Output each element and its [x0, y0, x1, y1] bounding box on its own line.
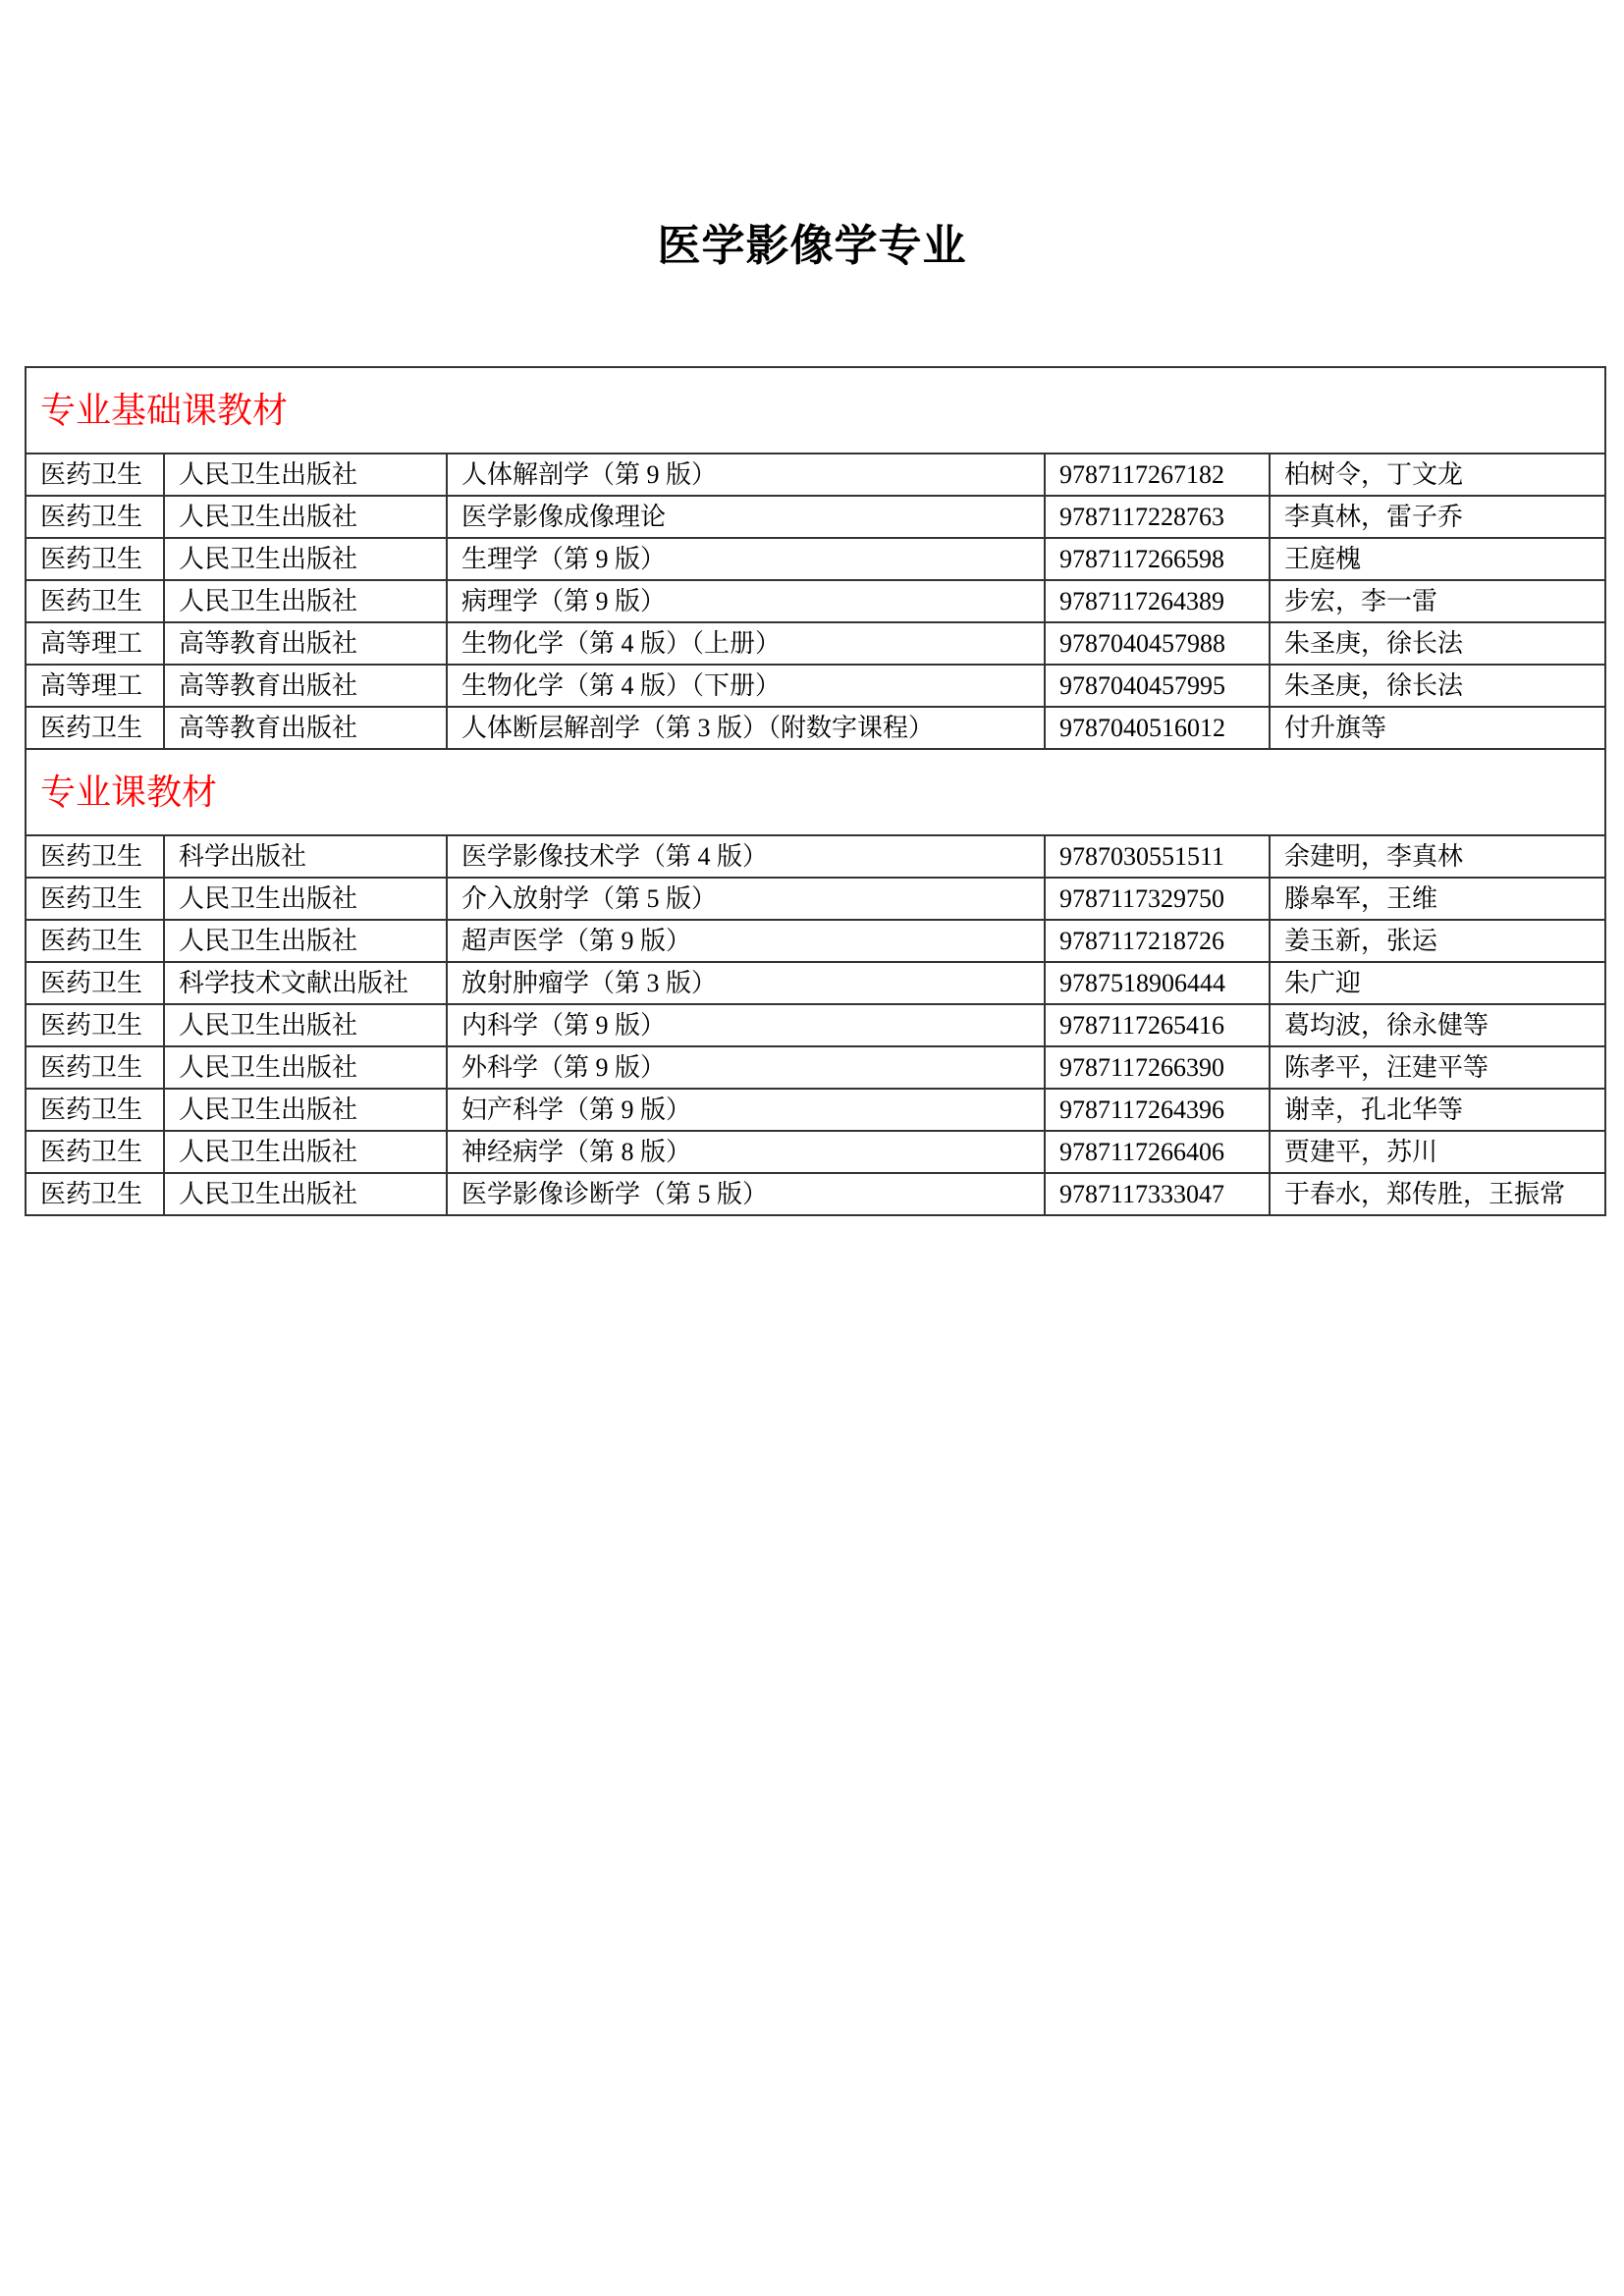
- category-cell: 医药卫生: [26, 835, 164, 878]
- book-title-cell: 放射肿瘤学（第 3 版）: [447, 962, 1045, 1004]
- category-cell: 医药卫生: [26, 1004, 164, 1046]
- book-title-cell: 介入放射学（第 5 版）: [447, 878, 1045, 920]
- publisher-cell: 高等教育出版社: [164, 665, 447, 707]
- textbook-table: 专业基础课教材医药卫生人民卫生出版社人体解剖学（第 9 版）9787117267…: [25, 366, 1606, 1216]
- publisher-cell: 人民卫生出版社: [164, 580, 447, 622]
- isbn-cell: 9787117267182: [1045, 454, 1270, 496]
- isbn-cell: 9787518906444: [1045, 962, 1270, 1004]
- isbn-cell: 9787040457988: [1045, 622, 1270, 665]
- isbn-cell: 9787117264389: [1045, 580, 1270, 622]
- publisher-cell: 人民卫生出版社: [164, 1004, 447, 1046]
- authors-cell: 陈孝平，汪建平等: [1270, 1046, 1605, 1089]
- publisher-cell: 人民卫生出版社: [164, 920, 447, 962]
- publisher-cell: 人民卫生出版社: [164, 538, 447, 580]
- category-cell: 医药卫生: [26, 580, 164, 622]
- authors-cell: 付升旗等: [1270, 707, 1605, 749]
- book-title-cell: 病理学（第 9 版）: [447, 580, 1045, 622]
- publisher-cell: 人民卫生出版社: [164, 496, 447, 538]
- category-cell: 高等理工: [26, 665, 164, 707]
- category-cell: 医药卫生: [26, 538, 164, 580]
- table-row: 医药卫生人民卫生出版社医学影像成像理论9787117228763李真林，雷子乔: [26, 496, 1605, 538]
- publisher-cell: 人民卫生出版社: [164, 1173, 447, 1215]
- isbn-cell: 9787040516012: [1045, 707, 1270, 749]
- table-row: 医药卫生人民卫生出版社妇产科学（第 9 版）9787117264396谢幸，孔北…: [26, 1089, 1605, 1131]
- authors-cell: 滕皋军，王维: [1270, 878, 1605, 920]
- publisher-cell: 人民卫生出版社: [164, 1046, 447, 1089]
- authors-cell: 谢幸，孔北华等: [1270, 1089, 1605, 1131]
- category-cell: 医药卫生: [26, 454, 164, 496]
- book-title-cell: 妇产科学（第 9 版）: [447, 1089, 1045, 1131]
- publisher-cell: 人民卫生出版社: [164, 1089, 447, 1131]
- category-cell: 医药卫生: [26, 1046, 164, 1089]
- authors-cell: 余建明，李真林: [1270, 835, 1605, 878]
- isbn-cell: 9787117266406: [1045, 1131, 1270, 1173]
- table-row: 医药卫生人民卫生出版社医学影像诊断学（第 5 版）9787117333047于春…: [26, 1173, 1605, 1215]
- table-row: 医药卫生人民卫生出版社神经病学（第 8 版）9787117266406贾建平，苏…: [26, 1131, 1605, 1173]
- publisher-cell: 科学出版社: [164, 835, 447, 878]
- category-cell: 医药卫生: [26, 1089, 164, 1131]
- book-title-cell: 生理学（第 9 版）: [447, 538, 1045, 580]
- category-cell: 医药卫生: [26, 1173, 164, 1215]
- table-row: 医药卫生人民卫生出版社生理学（第 9 版）9787117266598王庭槐: [26, 538, 1605, 580]
- authors-cell: 贾建平，苏川: [1270, 1131, 1605, 1173]
- table-row: 医药卫生科学技术文献出版社放射肿瘤学（第 3 版）9787518906444朱广…: [26, 962, 1605, 1004]
- authors-cell: 王庭槐: [1270, 538, 1605, 580]
- table-row: 医药卫生人民卫生出版社病理学（第 9 版）9787117264389步宏，李一雷: [26, 580, 1605, 622]
- table-row: 医药卫生科学出版社医学影像技术学（第 4 版）9787030551511余建明，…: [26, 835, 1605, 878]
- book-title-cell: 生物化学（第 4 版）（下册）: [447, 665, 1045, 707]
- book-title-cell: 内科学（第 9 版）: [447, 1004, 1045, 1046]
- isbn-cell: 9787040457995: [1045, 665, 1270, 707]
- table-row: 医药卫生人民卫生出版社内科学（第 9 版）9787117265416葛均波，徐永…: [26, 1004, 1605, 1046]
- publisher-cell: 人民卫生出版社: [164, 1131, 447, 1173]
- publisher-cell: 人民卫生出版社: [164, 878, 447, 920]
- table-row: 高等理工高等教育出版社生物化学（第 4 版）（上册）9787040457988朱…: [26, 622, 1605, 665]
- table-row: 医药卫生人民卫生出版社外科学（第 9 版）9787117266390陈孝平，汪建…: [26, 1046, 1605, 1089]
- table-row: 高等理工高等教育出版社生物化学（第 4 版）（下册）9787040457995朱…: [26, 665, 1605, 707]
- publisher-cell: 高等教育出版社: [164, 707, 447, 749]
- isbn-cell: 9787117228763: [1045, 496, 1270, 538]
- authors-cell: 朱圣庚，徐长法: [1270, 622, 1605, 665]
- table-row: 医药卫生人民卫生出版社人体解剖学（第 9 版）9787117267182柏树令，…: [26, 454, 1605, 496]
- section-heading: 专业课教材: [26, 749, 1605, 835]
- table-row: 医药卫生人民卫生出版社介入放射学（第 5 版）9787117329750滕皋军，…: [26, 878, 1605, 920]
- book-title-cell: 生物化学（第 4 版）（上册）: [447, 622, 1045, 665]
- isbn-cell: 9787117266598: [1045, 538, 1270, 580]
- publisher-cell: 科学技术文献出版社: [164, 962, 447, 1004]
- authors-cell: 朱广迎: [1270, 962, 1605, 1004]
- authors-cell: 步宏，李一雷: [1270, 580, 1605, 622]
- authors-cell: 于春水，郑传胜，王振常: [1270, 1173, 1605, 1215]
- isbn-cell: 9787117329750: [1045, 878, 1270, 920]
- publisher-cell: 人民卫生出版社: [164, 454, 447, 496]
- authors-cell: 李真林，雷子乔: [1270, 496, 1605, 538]
- isbn-cell: 9787117265416: [1045, 1004, 1270, 1046]
- table-row: 医药卫生人民卫生出版社超声医学（第 9 版）9787117218726姜玉新，张…: [26, 920, 1605, 962]
- book-title-cell: 神经病学（第 8 版）: [447, 1131, 1045, 1173]
- book-title-cell: 人体断层解剖学（第 3 版）（附数字课程）: [447, 707, 1045, 749]
- category-cell: 医药卫生: [26, 496, 164, 538]
- authors-cell: 柏树令，丁文龙: [1270, 454, 1605, 496]
- section-heading: 专业基础课教材: [26, 367, 1605, 454]
- section-header-row: 专业课教材: [26, 749, 1605, 835]
- category-cell: 高等理工: [26, 622, 164, 665]
- category-cell: 医药卫生: [26, 707, 164, 749]
- isbn-cell: 9787117333047: [1045, 1173, 1270, 1215]
- section-header-row: 专业基础课教材: [26, 367, 1605, 454]
- authors-cell: 葛均波，徐永健等: [1270, 1004, 1605, 1046]
- book-title-cell: 医学影像技术学（第 4 版）: [447, 835, 1045, 878]
- table-row: 医药卫生高等教育出版社人体断层解剖学（第 3 版）（附数字课程）97870405…: [26, 707, 1605, 749]
- publisher-cell: 高等教育出版社: [164, 622, 447, 665]
- authors-cell: 朱圣庚，徐长法: [1270, 665, 1605, 707]
- isbn-cell: 9787117264396: [1045, 1089, 1270, 1131]
- book-title-cell: 医学影像诊断学（第 5 版）: [447, 1173, 1045, 1215]
- authors-cell: 姜玉新，张运: [1270, 920, 1605, 962]
- category-cell: 医药卫生: [26, 1131, 164, 1173]
- isbn-cell: 9787117218726: [1045, 920, 1270, 962]
- book-title-cell: 医学影像成像理论: [447, 496, 1045, 538]
- category-cell: 医药卫生: [26, 878, 164, 920]
- page-title: 医学影像学专业: [0, 210, 1624, 273]
- category-cell: 医药卫生: [26, 920, 164, 962]
- category-cell: 医药卫生: [26, 962, 164, 1004]
- book-title-cell: 外科学（第 9 版）: [447, 1046, 1045, 1089]
- isbn-cell: 9787030551511: [1045, 835, 1270, 878]
- isbn-cell: 9787117266390: [1045, 1046, 1270, 1089]
- book-title-cell: 超声医学（第 9 版）: [447, 920, 1045, 962]
- book-title-cell: 人体解剖学（第 9 版）: [447, 454, 1045, 496]
